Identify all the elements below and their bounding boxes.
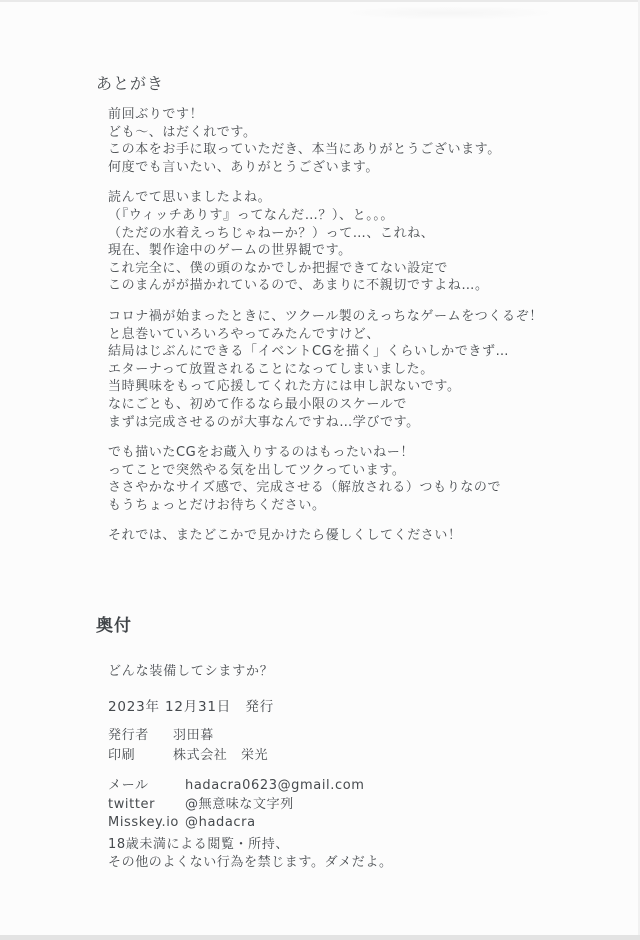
text-line: （ただの水着えっちじゃねーか？）って…、これね、 [108,225,600,243]
row-value: 羽田暮 [173,728,214,743]
row-label: Misskey.io [108,814,185,833]
colophon-heading: 奥付 [96,611,132,636]
credit-row: 印刷株式会社 栄光 [108,746,268,766]
row-label: 発行者 [108,726,173,746]
afterword-heading: あとがき [96,71,164,94]
contact-row: メールhadacra0623@gmail.com [108,777,365,796]
scanned-page: あとがき 前回ぶりです！ども～、はだくれです。この本をお手に取っていただき、本当… [0,0,640,940]
text-line: 現在、製作途中のゲームの世界観です。 [108,242,600,260]
row-value: 株式会社 栄光 [173,748,268,763]
afterword-paragraph: でも描いたCGをお蔵入りするのはもったいねー！ってことで突然やる気を出してツクっ… [108,444,600,514]
text-line: 18歳未満による閲覧・所持、 [108,836,393,854]
afterword-body: 前回ぶりです！ども～、はだくれです。この本をお手に取っていただき、本当にありがと… [108,106,600,558]
text-line: 当時興味をもって応援してくれた方には申し訳ないです。 [108,378,600,396]
afterword-paragraph: それでは、またどこかで見かけたら優しくしてください！ [108,527,600,545]
text-line: これ完全に、僕の頭のなかでしか把握できてない設定で [108,260,600,278]
scan-edge-bottom [0,935,640,940]
text-line: 結局はじぶんにできる「イベントCGを描く」くらいしかできず… [108,343,600,361]
text-line: ども～、はだくれです。 [108,124,600,142]
scan-edge-top [0,0,640,2]
text-line: 読んでて思いましたよね。 [108,189,600,207]
text-line: このまんがが描かれているので、あまりに不親切ですよね…。 [108,277,600,295]
row-label: メール [108,777,185,796]
text-line: それでは、またどこかで見かけたら優しくしてください！ [108,527,600,545]
contact-row: twitter@無意味な文字列 [108,796,365,815]
text-line: もうちょっとだけお待ちください。 [108,497,600,515]
contact-row: Misskey.io@hadacra [108,814,365,833]
text-line: まずは完成させるのが大事なんですね…学びです。 [108,414,600,432]
credits-list: 発行者羽田暮印刷株式会社 栄光 [108,726,268,765]
row-value: @hadacra [185,815,256,830]
text-line: エターナって放置されることになってしまいました。 [108,361,600,379]
afterword-paragraph: 前回ぶりです！ども～、はだくれです。この本をお手に取っていただき、本当にありがと… [108,106,600,176]
text-line: コロナ禍が始まったときに、ツクール製のえっちなゲームをつくるぞ！ [108,308,600,326]
afterword-paragraph: 読んでて思いましたよね。（『ウィッチありす』ってなんだ…？）、と。。。（ただの水… [108,189,600,295]
row-value: hadacra0623@gmail.com [185,778,365,793]
text-line: と息巻いていろいろやってみたんですけど、 [108,326,600,344]
age-notice: 18歳未満による閲覧・所持、その他のよくない行為を禁じます。ダメだよ。 [108,836,393,872]
text-line: でも描いたCGをお蔵入りするのはもったいねー！ [108,444,600,462]
text-line: 何度でも言いたい、ありがとうございます。 [108,159,600,177]
publish-date: 2023年 12月31日 発行 [108,695,274,715]
row-value: @無意味な文字列 [185,797,294,812]
row-label: 印刷 [108,746,173,766]
scan-smudge [340,6,560,20]
text-line: （『ウィッチありす』ってなんだ…？）、と。。。 [108,207,600,225]
text-line: ってことで突然やる気を出してツクっています。 [108,462,600,480]
row-label: twitter [108,796,185,815]
credit-row: 発行者羽田暮 [108,726,268,746]
text-line: その他のよくない行為を禁じます。ダメだよ。 [108,854,393,872]
text-line: この本をお手に取っていただき、本当にありがとうございます。 [108,141,600,159]
contacts-list: メールhadacra0623@gmail.comtwitter@無意味な文字列M… [108,777,365,833]
book-title: どんな装備してシますか？ [108,660,274,679]
afterword-paragraph: コロナ禍が始まったときに、ツクール製のえっちなゲームをつくるぞ！と息巻いていろい… [108,308,600,431]
text-line: 前回ぶりです！ [108,106,600,124]
text-line: なにごとも、初めて作るなら最小限のスケールで [108,396,600,414]
text-line: ささやかなサイズ感で、完成させる（解放される）つもりなので [108,479,600,497]
